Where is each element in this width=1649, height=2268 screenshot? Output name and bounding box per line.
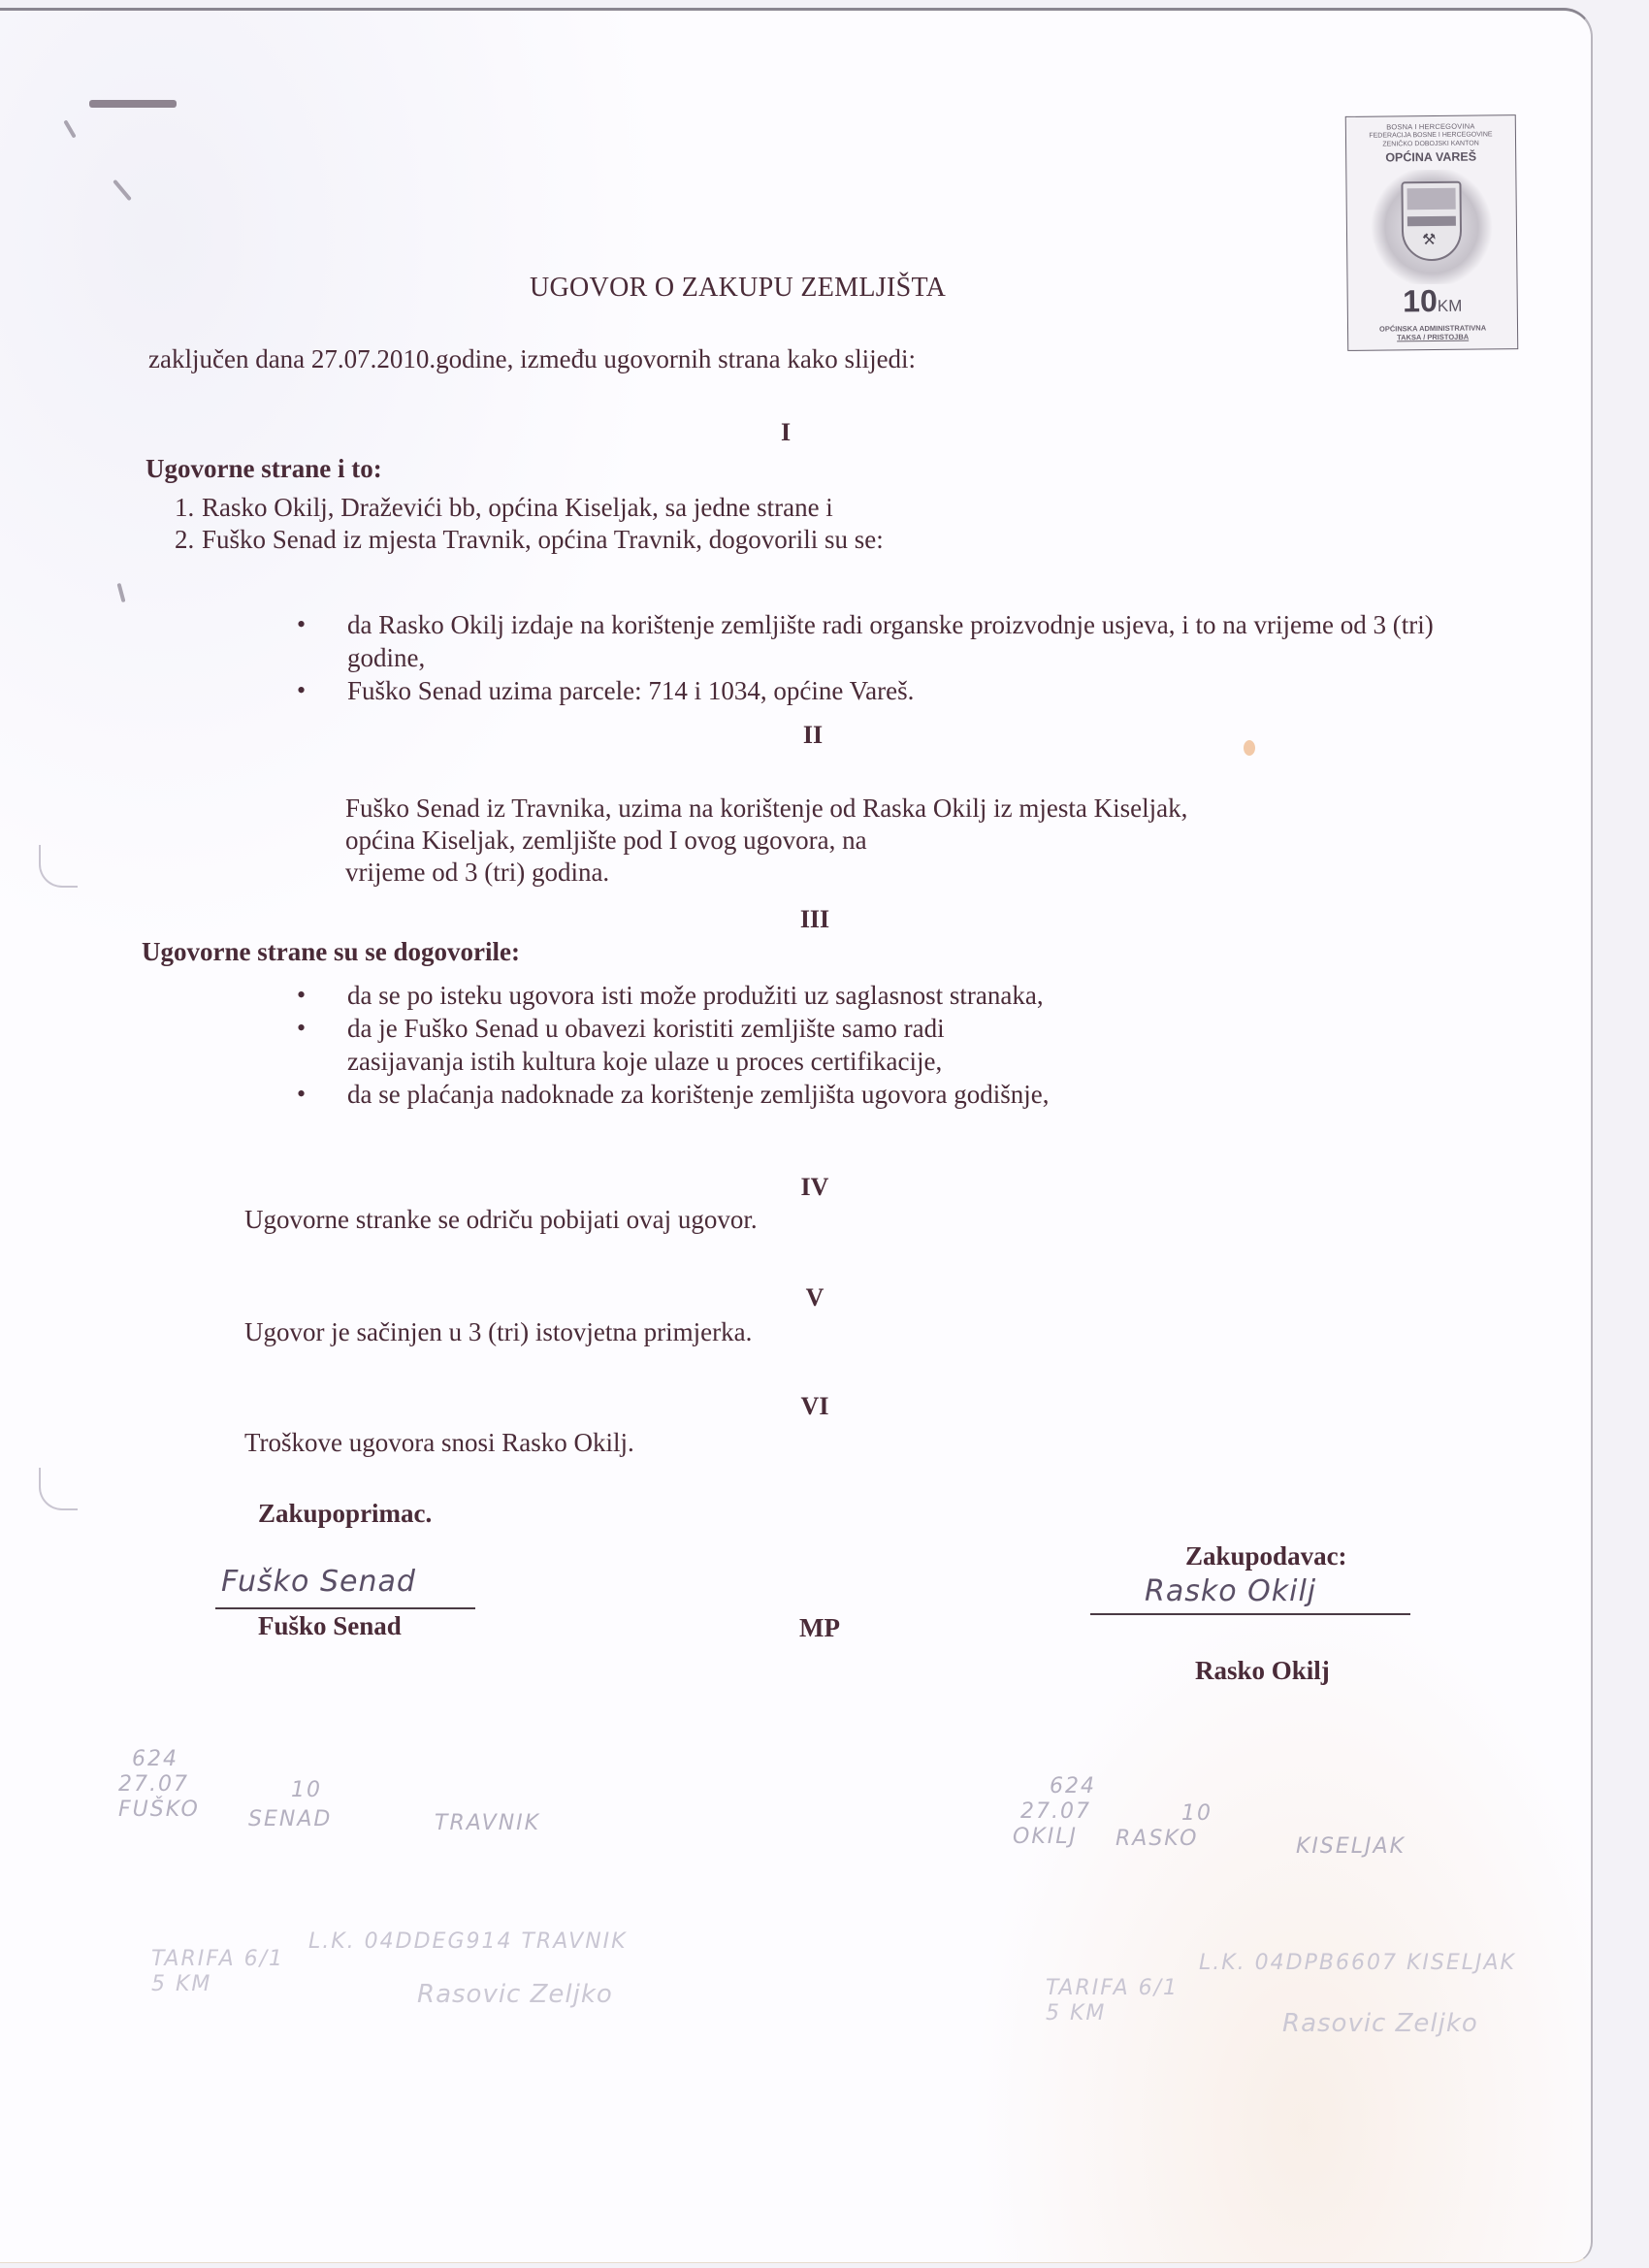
annotation-right-name: RASKO [1115,1827,1198,1852]
stamp-canton: ZENIČKO DOBOJSKI KANTON [1346,139,1515,149]
lessor-label: Zakupodavac: [1185,1541,1347,1571]
annotation-left-name: SENAD [248,1807,332,1832]
lessee-name: Fuško Senad [258,1611,402,1641]
annotation-right-place: KISELJAK [1296,1834,1406,1860]
party-item: 2.Fuško Senad iz mjesta Travnik, općina … [175,524,884,556]
stamp-municipality: OPĆINA VAREŠ [1346,149,1515,165]
annotation-right-id: L.K. 04DPB6607 KISELJAK [1199,1951,1516,1976]
bullet-item: da je Fuško Senad u obavezi koristiti ze… [297,1012,1034,1078]
bullet-item: da se plaćanja nadoknade za korištenje z… [297,1078,1325,1111]
annotation-right-number: 624 27.07 OKILJ [1013,1774,1096,1850]
coat-of-arms-icon: ⚒ [1369,169,1494,284]
lessee-signature: Fuško Senad [221,1565,416,1599]
tax-stamp: BOSNA I HERCEGOVINA FEDERACIJA BOSNE I H… [1345,114,1519,351]
document-title: UGOVOR O ZAKUPU ZEMLJIŠTA [530,273,946,304]
section-number-III: III [786,905,844,934]
stamp-caption-2: TAKSA / PRISTOJBA [1348,332,1517,342]
annotation-left-tariff: TARIFA 6/1 5 KM [151,1947,287,1997]
document-page: BOSNA I HERCEGOVINA FEDERACIJA BOSNE I H… [0,8,1593,2263]
punch-hole-mark [39,845,78,888]
party-item: 1.Rasko Okilj, Draževići bb, općina Kise… [175,492,884,524]
annotation-left-initials: Rasovic Zeljko [417,1980,613,2009]
hammer-pick-icon: ⚒ [1422,230,1437,249]
annotation-right-mark: 10 [1181,1801,1212,1827]
lessor-name: Rasko Okilj [1195,1656,1330,1686]
lessor-signature: Rasko Okilj [1145,1574,1316,1608]
section-number-V: V [786,1283,844,1312]
annotation-left-id: L.K. 04DDEG914 TRAVNIK [308,1929,628,1955]
annotation-right-tariff: TARIFA 6/1 5 KM [1046,1976,1191,2026]
scan-mark [113,179,132,201]
stamp-value: 10 [1403,283,1438,318]
annotation-left-number: 624 27.07 FUŠKO [118,1747,200,1823]
section-III-heading: Ugovorne strane su se dogovorile: [142,937,520,967]
annotation-left-mark: 10 [291,1778,322,1803]
document-intro: zaključen dana 27.07.2010.godine, između… [148,344,916,374]
section-IV-text: Ugovorne stranke se odriču pobijati ovaj… [244,1204,758,1236]
annotation-left-place: TRAVNIK [435,1811,540,1836]
scan-mark [116,583,125,602]
punch-hole-mark [39,1468,78,1510]
annotation-right-initials: Rasovic Zeljko [1282,2009,1478,2038]
parties-list: 1.Rasko Okilj, Draževići bb, općina Kise… [175,492,884,556]
lessor-signature-line [1090,1613,1410,1615]
section-VI-text: Troškove ugovora snosi Rasko Okilj. [244,1427,634,1459]
section-II-text: Fuško Senad iz Travnika, uzima na korišt… [345,793,1187,889]
lessee-label: Zakupoprimac. [258,1499,432,1529]
section-V-text: Ugovor je sačinjen u 3 (tri) istovjetna … [244,1316,752,1348]
scan-mark [63,119,76,138]
section-number-II: II [784,721,842,750]
section-I-heading: Ugovorne strane i to: [145,454,382,484]
section-number-I: I [757,418,815,447]
stain-mark [1244,740,1255,756]
section-number-VI: VI [786,1392,844,1421]
bullet-item: da se po isteku ugovora isti može produž… [297,979,1325,1012]
seal-label: MP [799,1613,840,1643]
lessee-signature-line [215,1607,475,1609]
section-number-IV: IV [786,1173,844,1202]
section-III-bullets: da se po isteku ugovora isti može produž… [297,979,1325,1111]
section-I-bullets: da Rasko Okilj izdaje na korištenje zeml… [297,608,1441,707]
bullet-item: Fuško Senad uzima parcele: 714 i 1034, o… [297,674,1441,707]
stamp-currency: KM [1438,297,1463,315]
bullet-item: da Rasko Okilj izdaje na korištenje zeml… [297,608,1441,674]
staple-mark [89,100,177,108]
